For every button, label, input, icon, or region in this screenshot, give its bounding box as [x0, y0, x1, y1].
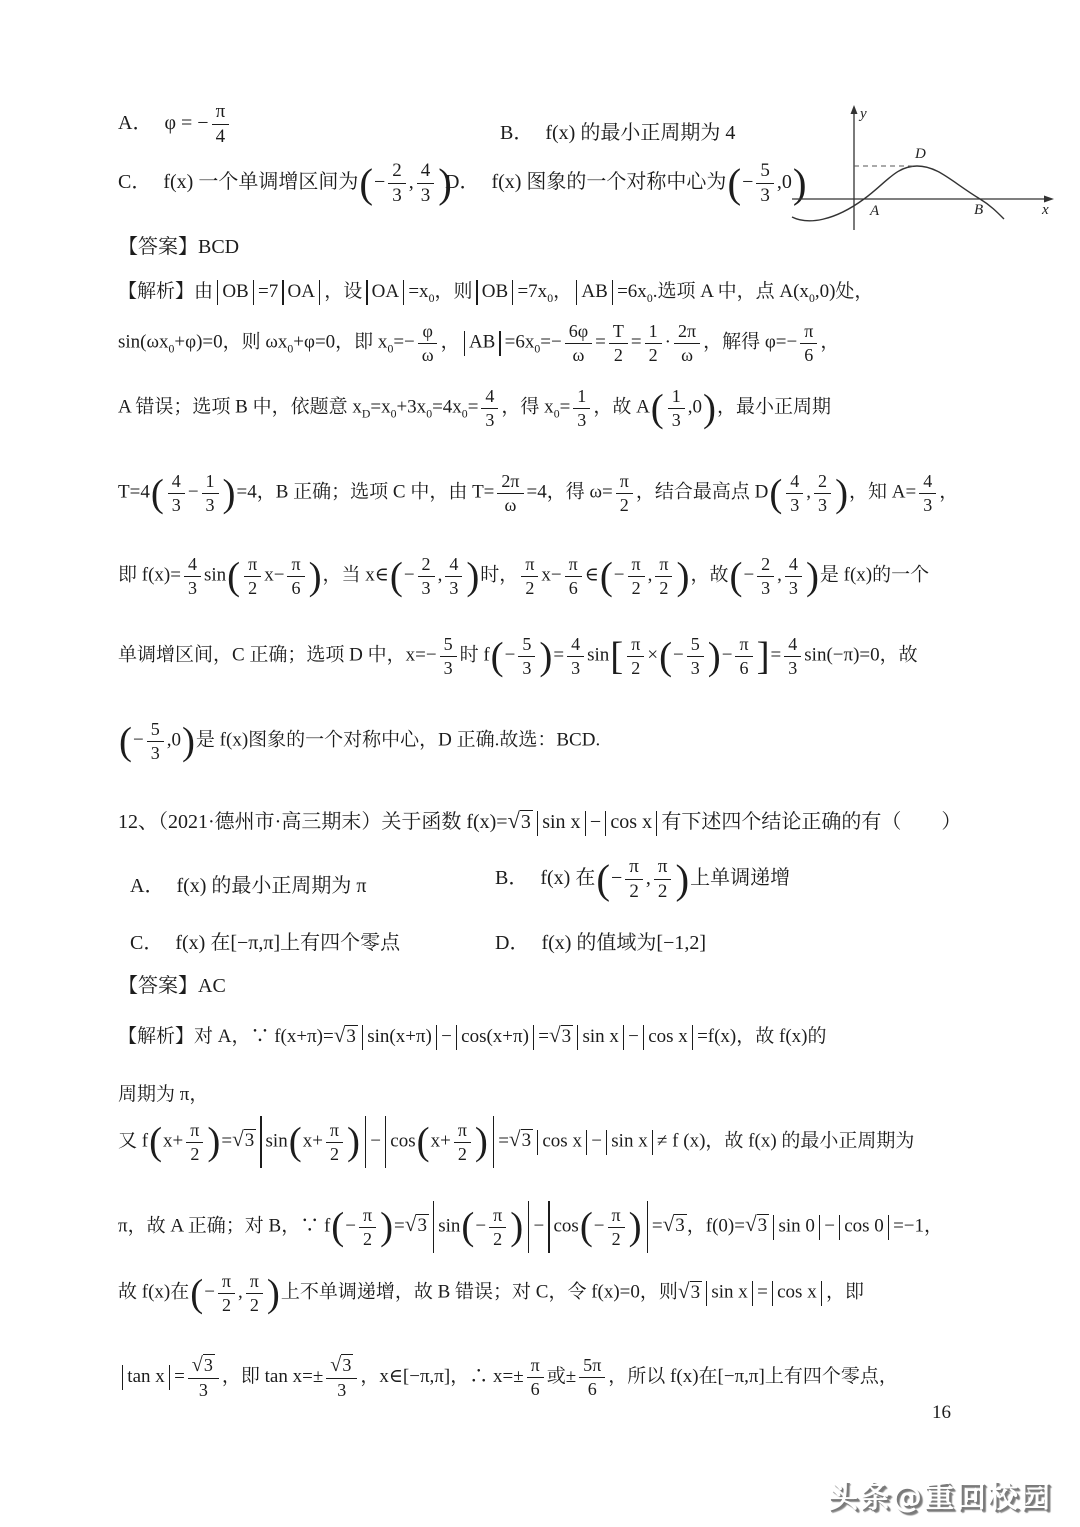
q11-solution-line: T=4(43−13)=4，B 正确；选项 C 中，由 T=2πω=4，得 ω=π…: [118, 471, 958, 516]
q12-solution-line: tan x=√33，即 tan x=±√33，x∈[−π,π]，∴ x=±π6或…: [118, 1354, 898, 1401]
q11-solution-line: 即 f(x)=43sin(π2x−π6)，当 x∈(−23,43)时，π2x−π…: [118, 554, 929, 599]
q12-option-c: C．f(x) 在[−π,π]上有四个零点: [130, 926, 400, 955]
option-formula: f(x) 的最小正周期为 4: [545, 122, 735, 144]
q11-solution-line: A 错误；选项 B 中，依题意 xD=x0+3x0=4x0=43，得 x0=13…: [118, 386, 831, 431]
option-formula: f(x) 在(−π2,π2)上单调递增: [540, 867, 790, 889]
q11-solution-line: 单调增区间，C 正确；选项 D 中，x=−53时 f(−53)=43sin[π2…: [118, 634, 918, 679]
option-label: C．: [130, 932, 163, 954]
q11-option-b: B．f(x) 的最小正周期为 4: [500, 116, 735, 145]
q12-option-d: D．f(x) 的值域为[−1,2]: [495, 926, 706, 955]
x-axis-label: x: [1041, 202, 1049, 218]
q12-solution-line: 周期为 π，: [118, 1079, 208, 1106]
option-label: B．: [500, 122, 533, 144]
q11-solution-line: 【解析】由OB=7OA，设OA=x0，则OB=7x0，AB=6x0.选项 A 中…: [118, 276, 873, 306]
q11-option-d: D．f(x) 图象的一个对称中心为(−53,0): [445, 160, 808, 207]
option-label: A．: [130, 875, 164, 897]
answer-label: 【答案】: [118, 975, 198, 997]
q11-answer: 【答案】BCD: [118, 230, 239, 259]
q12-solution-line: π，故 A 正确；对 B，∵ f(−π2)=√3sin(−π2)−cos(−π2…: [118, 1201, 943, 1253]
q12-option-a: A．f(x) 的最小正周期为 π: [130, 869, 367, 898]
q11-option-a: A．φ = −π4: [118, 101, 232, 148]
answer-label: 【答案】: [118, 236, 198, 258]
q11-figure: y x A B D: [790, 100, 1080, 245]
point-d-label: D: [914, 146, 926, 162]
watermark: 头条@重回校园: [828, 1472, 1052, 1516]
option-label: D．: [495, 932, 529, 954]
answer-value: BCD: [198, 236, 239, 258]
q12-option-b: B．f(x) 在(−π2,π2)上单调递增: [495, 856, 790, 903]
option-formula: f(x) 在[−π,π]上有四个零点: [175, 932, 400, 954]
option-formula: f(x) 图象的一个对称中心为(−53,0): [491, 171, 807, 193]
y-axis-arrow: [851, 105, 858, 114]
option-formula: φ = −π4: [164, 112, 232, 134]
q12-solution-line: 故 f(x)在(−π2,π2)上不单调递增，故 B 错误；对 C，令 f(x)=…: [118, 1271, 864, 1316]
option-label: D．: [445, 171, 479, 193]
point-b-label: B: [974, 202, 983, 218]
q12-stem: 12、（2021·德州市·高三期末）关于函数 f(x)=√3sin x−cos …: [118, 805, 961, 836]
option-label: B．: [495, 867, 528, 889]
y-axis-label: y: [858, 106, 867, 122]
q12-answer: 【答案】AC: [118, 969, 226, 998]
q12-solution-line: 又 f(x+π2)=√3sin(x+π2)−cos(x+π2)=√3cos x−…: [118, 1116, 914, 1168]
document-page: A．φ = −π4 B．f(x) 的最小正周期为 4 C．f(x) 一个单调增区…: [0, 0, 1080, 1527]
sine-curve: [792, 166, 1004, 221]
option-label: C．: [118, 171, 151, 193]
option-formula: f(x) 的最小正周期为 π: [176, 875, 366, 897]
q11-solution-line: (−53,0)是 f(x)图象的一个对称中心，D 正确.故选：BCD.: [118, 719, 600, 764]
answer-value: AC: [198, 975, 226, 997]
option-formula: f(x) 一个单调增区间为(−23,43): [163, 171, 453, 193]
q12-solution-line: 【解析】对 A，∵ f(x+π)=√3sin(x+π)−cos(x+π)=√3s…: [118, 1021, 827, 1050]
option-formula: f(x) 的值域为[−1,2]: [541, 932, 706, 954]
option-label: A．: [118, 112, 152, 134]
page-number: 16: [932, 1402, 951, 1424]
q11-solution-line: sin(ωx0+φ)=0，则 ωx0+φ=0，即 x0=−φω，AB=6x0=−…: [118, 321, 839, 366]
q11-option-c: C．f(x) 一个单调增区间为(−23,43): [118, 160, 453, 207]
point-a-label: A: [869, 203, 880, 219]
